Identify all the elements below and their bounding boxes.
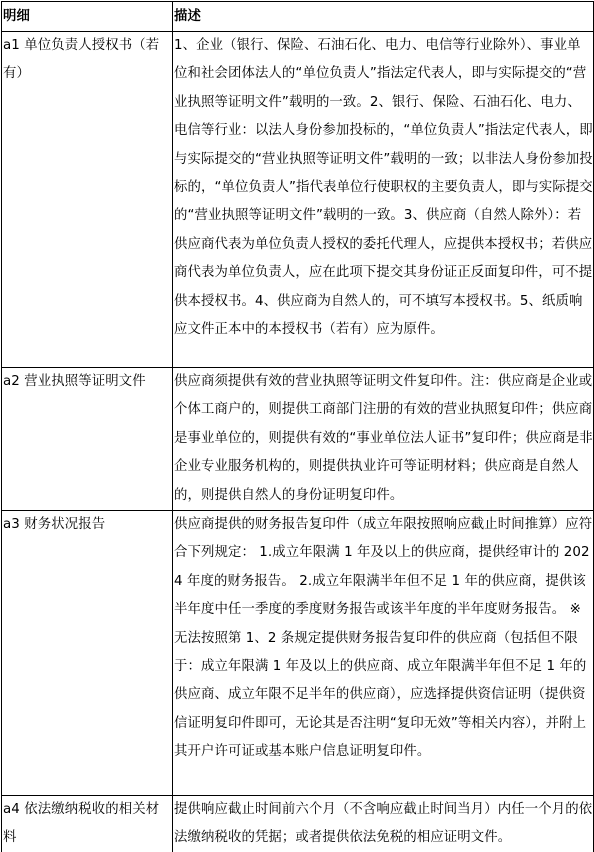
header-item: 明细 xyxy=(2,2,173,32)
requirements-table: 明细 描述 a1 单位负责人授权书（若有） 1、企业（银行、保险、石油石化、电力… xyxy=(1,1,594,852)
table-row: a3 财务状况报告 供应商提供的财务报告复印件（成立年限按照响应截止时间推算）应… xyxy=(2,511,594,796)
row-description: 1、企业（银行、保险、石油石化、电力、电信等行业除外）、事业单位和社会团体法人的… xyxy=(173,32,594,368)
row-item: a3 财务状况报告 xyxy=(2,511,173,796)
table-row: a1 单位负责人授权书（若有） 1、企业（银行、保险、石油石化、电力、电信等行业… xyxy=(2,32,594,368)
table-row: a2 营业执照等证明文件 供应商须提供有效的营业执照等证明文件复印件。注：供应商… xyxy=(2,368,594,511)
row-description: 供应商提供的财务报告复印件（成立年限按照响应截止时间推算）应符合下列规定： 1.… xyxy=(173,511,594,796)
row-description: 供应商须提供有效的营业执照等证明文件复印件。注：供应商是企业或个体工商户的，则提… xyxy=(173,368,594,511)
row-item: a1 单位负责人授权书（若有） xyxy=(2,32,173,368)
row-item: a2 营业执照等证明文件 xyxy=(2,368,173,511)
header-description: 描述 xyxy=(173,2,594,32)
row-description: 提供响应截止时间前六个月（不含响应截止时间当月）内任一个月的依法缴纳税收的凭据；… xyxy=(173,796,594,852)
row-item: a4 依法缴纳税收的相关材料 xyxy=(2,796,173,852)
table-row: a4 依法缴纳税收的相关材料 提供响应截止时间前六个月（不含响应截止时间当月）内… xyxy=(2,796,594,852)
table-header-row: 明细 描述 xyxy=(2,2,594,32)
